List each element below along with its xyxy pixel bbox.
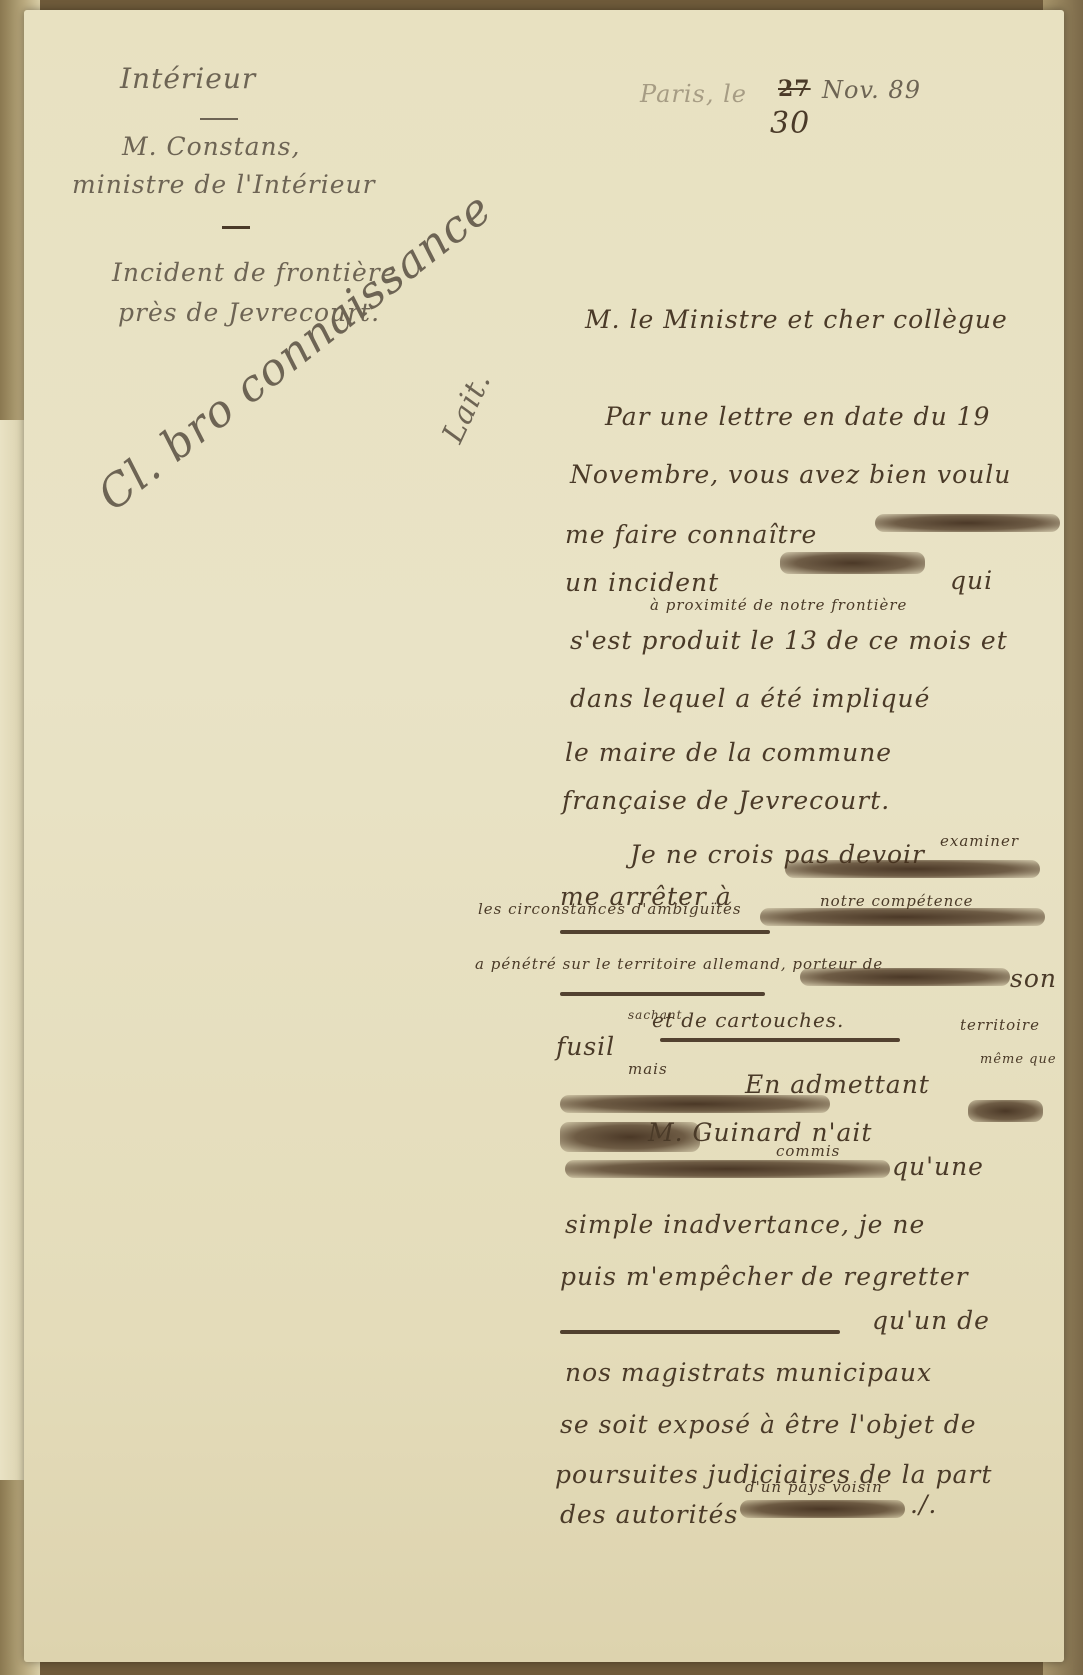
interlinear-son: son xyxy=(1010,964,1057,993)
body-line: des autorités xyxy=(560,1500,738,1529)
interlinear-qui: qui xyxy=(950,566,993,595)
interlinear-cartouches: et de cartouches. xyxy=(652,1008,844,1032)
body-line: qu'une xyxy=(892,1152,984,1181)
interlinear-territoire: territoire xyxy=(960,1016,1040,1034)
interlinear-commis: commis xyxy=(776,1142,840,1160)
interlinear-pays-voisin: d'un pays voisin xyxy=(745,1478,883,1496)
corrected-day: 30 xyxy=(770,106,810,141)
body-line: le maire de la commune xyxy=(565,738,892,767)
body-line: Novembre, vous avez bien voulu xyxy=(570,460,1011,489)
closing-mark: ./. xyxy=(910,1490,937,1519)
salutation: M. le Ministre et cher collègue xyxy=(585,305,1008,334)
body-line: simple inadvertance, je ne xyxy=(565,1210,925,1239)
addressee-name: M. Constans, xyxy=(122,132,300,161)
interlinear-insertion: à proximité de notre frontière xyxy=(650,596,907,614)
addressee-title: ministre de l'Intérieur xyxy=(72,170,376,199)
body-line: qu'un de xyxy=(872,1306,990,1335)
dateline-month-year: Nov. 89 xyxy=(822,76,921,104)
body-line: me faire connaître xyxy=(565,520,817,549)
divider xyxy=(200,118,238,120)
crossed-out-text xyxy=(760,908,1045,926)
body-line: puis m'empêcher de regretter xyxy=(560,1262,969,1291)
department-heading: Intérieur xyxy=(120,62,256,95)
crossed-out-text xyxy=(785,860,1040,878)
body-line: fusil xyxy=(556,1032,615,1061)
divider xyxy=(222,226,250,229)
crossed-out-text xyxy=(968,1100,1043,1122)
strikethrough xyxy=(560,1330,840,1334)
crossed-out-text xyxy=(800,968,1010,986)
struck-day: 27 xyxy=(778,76,811,102)
body-line: française de Jevrecourt. xyxy=(562,786,890,815)
body-line: Par une lettre en date du 19 xyxy=(605,402,990,431)
strikethrough xyxy=(560,992,765,996)
interlinear-meme-que: même que xyxy=(980,1052,1057,1067)
crossed-out-text xyxy=(560,1095,830,1113)
interlinear-examiner: examiner xyxy=(940,832,1019,850)
dateline-place: Paris, le xyxy=(640,80,747,108)
crossed-out-text xyxy=(780,552,925,574)
strikethrough xyxy=(660,1038,900,1042)
crossed-out-text xyxy=(565,1160,890,1178)
interlinear-mais: mais xyxy=(628,1060,668,1078)
strikethrough xyxy=(560,930,770,934)
crossed-out-text xyxy=(875,514,1060,532)
body-line: se soit exposé à être l'objet de xyxy=(560,1410,977,1439)
crossed-out-text xyxy=(740,1500,905,1518)
interlinear-circumstances: les circonstances d'ambiguïtés xyxy=(478,900,742,918)
body-line: nos magistrats municipaux xyxy=(565,1358,932,1387)
body-line: un incident xyxy=(565,568,719,597)
body-line: s'est produit le 13 de ce mois et xyxy=(570,626,1008,655)
body-line: dans lequel a été impliqué xyxy=(570,684,930,713)
underlying-sheet xyxy=(0,420,26,1480)
